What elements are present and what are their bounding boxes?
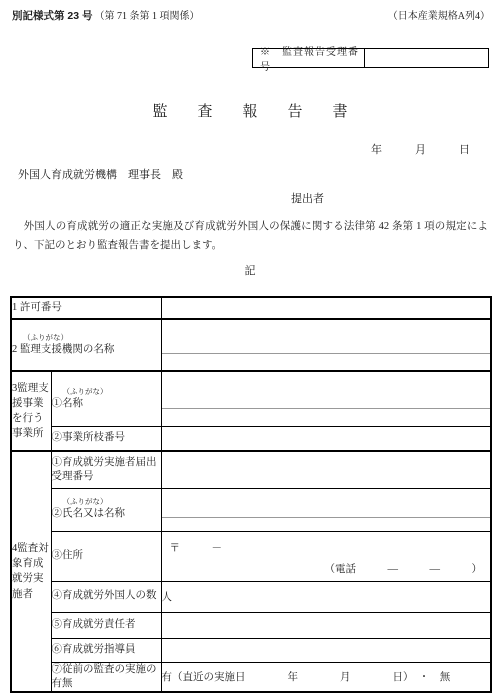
org-furigana-value-cell [162,336,491,354]
row-target-manager: ⑤育成就労責任者 [11,612,491,638]
row-target-address: ③住所 〒 － （電話 ― ― ） [11,531,491,581]
org-name-value-cell [161,319,491,371]
report-fields-table: 1 許可番号 （ふりがな） 2 監理支援機関の名称 3監理支援事業を行う事業所 … [10,296,492,693]
office-furigana-value-cell [162,389,491,409]
org-name-label-cell: （ふりがな） 2 監理支援機関の名称 [11,319,161,371]
row-org-name: （ふりがな） 2 監理支援機関の名称 [11,319,491,371]
body-paragraph: 外国人の育成就労の適正な実施及び育成就労外国人の保護に関する法律第 42 条第 … [13,217,488,256]
target-manager-label: ⑤育成就労責任者 [51,612,161,638]
target-manager-value-cell [161,612,491,638]
office-furigana-label: （ふりがな） [63,387,161,397]
postal-code-line: 〒 － [162,536,491,555]
reception-number-label: ※ 監査報告受理番号 [253,49,365,67]
row-office-name: 3監理支援事業を行う事業所 （ふりがな） ①名称 [11,371,491,426]
target-name-label-cell: （ふりがな） ②氏名又は名称 [51,488,161,531]
form-code-line: 別記様式第 23 号（第 71 条第 1 項関係） [12,6,200,24]
phone-line: （電話 ― ― ） [162,555,491,576]
office-name-value-cell [161,371,491,426]
target-reception-value-cell [161,451,491,488]
form-header: 別記様式第 23 号（第 71 条第 1 項関係） （日本産業規格A列4） [12,6,490,24]
permit-number-label: 1 許可番号 [11,297,161,319]
row-target-instructor: ⑥育成就労指導員 [11,638,491,662]
ki-label: 記 [0,262,500,278]
row-target-name: （ふりがな） ②氏名又は名称 [11,488,491,531]
target-furigana-label: （ふりがな） [63,497,161,507]
office-branch-value-cell [161,426,491,451]
permit-number-value-cell [161,297,491,319]
target-furigana-value-cell [162,502,491,518]
office-name-label-cell: （ふりがな） ①名称 [51,371,161,426]
target-count-value: 人 [161,581,491,612]
row-target-reception: 4監査対象育成就労実施者 ①育成就労実施者届出受理番号 [11,451,491,488]
section-target-header: 4監査対象育成就労実施者 [11,451,51,692]
target-address-label: ③住所 [51,531,161,581]
org-name-label: 2 監理支援機関の名称 [12,343,161,357]
date-line: 年 月 日 [371,141,470,157]
previous-audit-value: 有（直近の実施日 年 月 日） ・ 無 [161,662,491,692]
target-reception-label: ①育成就労実施者届出受理番号 [51,451,161,488]
target-instructor-value-cell [161,638,491,662]
reception-number-value-cell [365,49,488,67]
paper-standard-note: （日本産業規格A列4） [388,7,490,22]
form-code: 別記様式第 23 号 [12,10,93,22]
reception-number-box: ※ 監査報告受理番号 [252,48,489,68]
row-target-previous-audit: ⑦従前の監査の実施の有無 有（直近の実施日 年 月 日） ・ 無 [11,662,491,692]
target-count-label: ④育成就労外国人の数 [51,581,161,612]
target-name-value-cell [161,488,491,531]
previous-audit-label: ⑦従前の監査の実施の有無 [51,662,161,692]
target-address-value-cell: 〒 － （電話 ― ― ） [161,531,491,581]
section-office-header: 3監理支援事業を行う事業所 [11,371,51,451]
audit-report-form-page: 別記様式第 23 号（第 71 条第 1 項関係） （日本産業規格A列4） ※ … [0,0,500,698]
row-office-branch: ②事業所枝番号 [11,426,491,451]
office-branch-label: ②事業所枝番号 [51,426,161,451]
row-permit-number: 1 許可番号 [11,297,491,319]
form-code-note: （第 71 条第 1 項関係） [95,11,200,22]
office-name-label: ①名称 [52,397,161,411]
target-instructor-label: ⑥育成就労指導員 [51,638,161,662]
page-title: 監 査 報 告 書 [0,100,500,121]
org-furigana-label: （ふりがな） [23,333,161,343]
target-name-label: ②氏名又は名称 [52,507,161,521]
row-target-count: ④育成就労外国人の数 人 [11,581,491,612]
addressee: 外国人育成就労機構 理事長 殿 [18,166,183,182]
submitter-label: 提出者 [291,190,324,206]
